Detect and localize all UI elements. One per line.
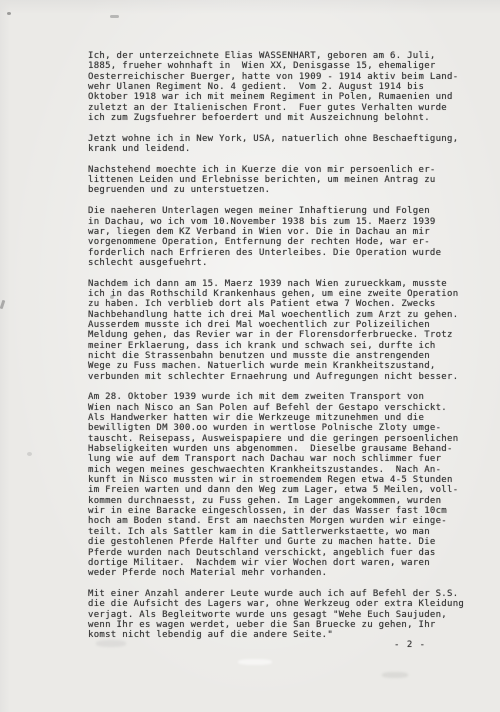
scan-speck: [110, 15, 119, 18]
paragraph: Mit einer Anzahl anderer Leute wurde auc…: [88, 589, 460, 641]
page-number: - 2 -: [394, 640, 426, 650]
scan-speck: [27, 452, 32, 456]
document-body: Ich, der unterzeichnete Elias WASSENHART…: [88, 51, 460, 651]
paragraph: Die naeheren Unterlagen wegen meiner Inh…: [88, 206, 460, 268]
scanned-document-page: Ich, der unterzeichnete Elias WASSENHART…: [0, 0, 500, 712]
paragraph: Jetzt wohne ich in New York, USA, natuer…: [88, 134, 460, 155]
scan-speck: [110, 295, 114, 299]
paragraph: Nachstehend moechte ich in Kuerze die vo…: [88, 165, 460, 196]
scan-smudge: [96, 640, 126, 647]
scan-speck: [0, 300, 5, 309]
scan-smudge: [382, 672, 408, 678]
scan-speck: [7, 12, 11, 15]
scan-smudge: [238, 659, 272, 665]
paragraph: Nachdem ich dann am 15. Maerz 1939 nach …: [88, 279, 460, 382]
paragraph: Am 28. Oktober 1939 wurde ich mit dem zw…: [88, 392, 460, 578]
paragraph: Ich, der unterzeichnete Elias WASSENHART…: [88, 51, 460, 123]
